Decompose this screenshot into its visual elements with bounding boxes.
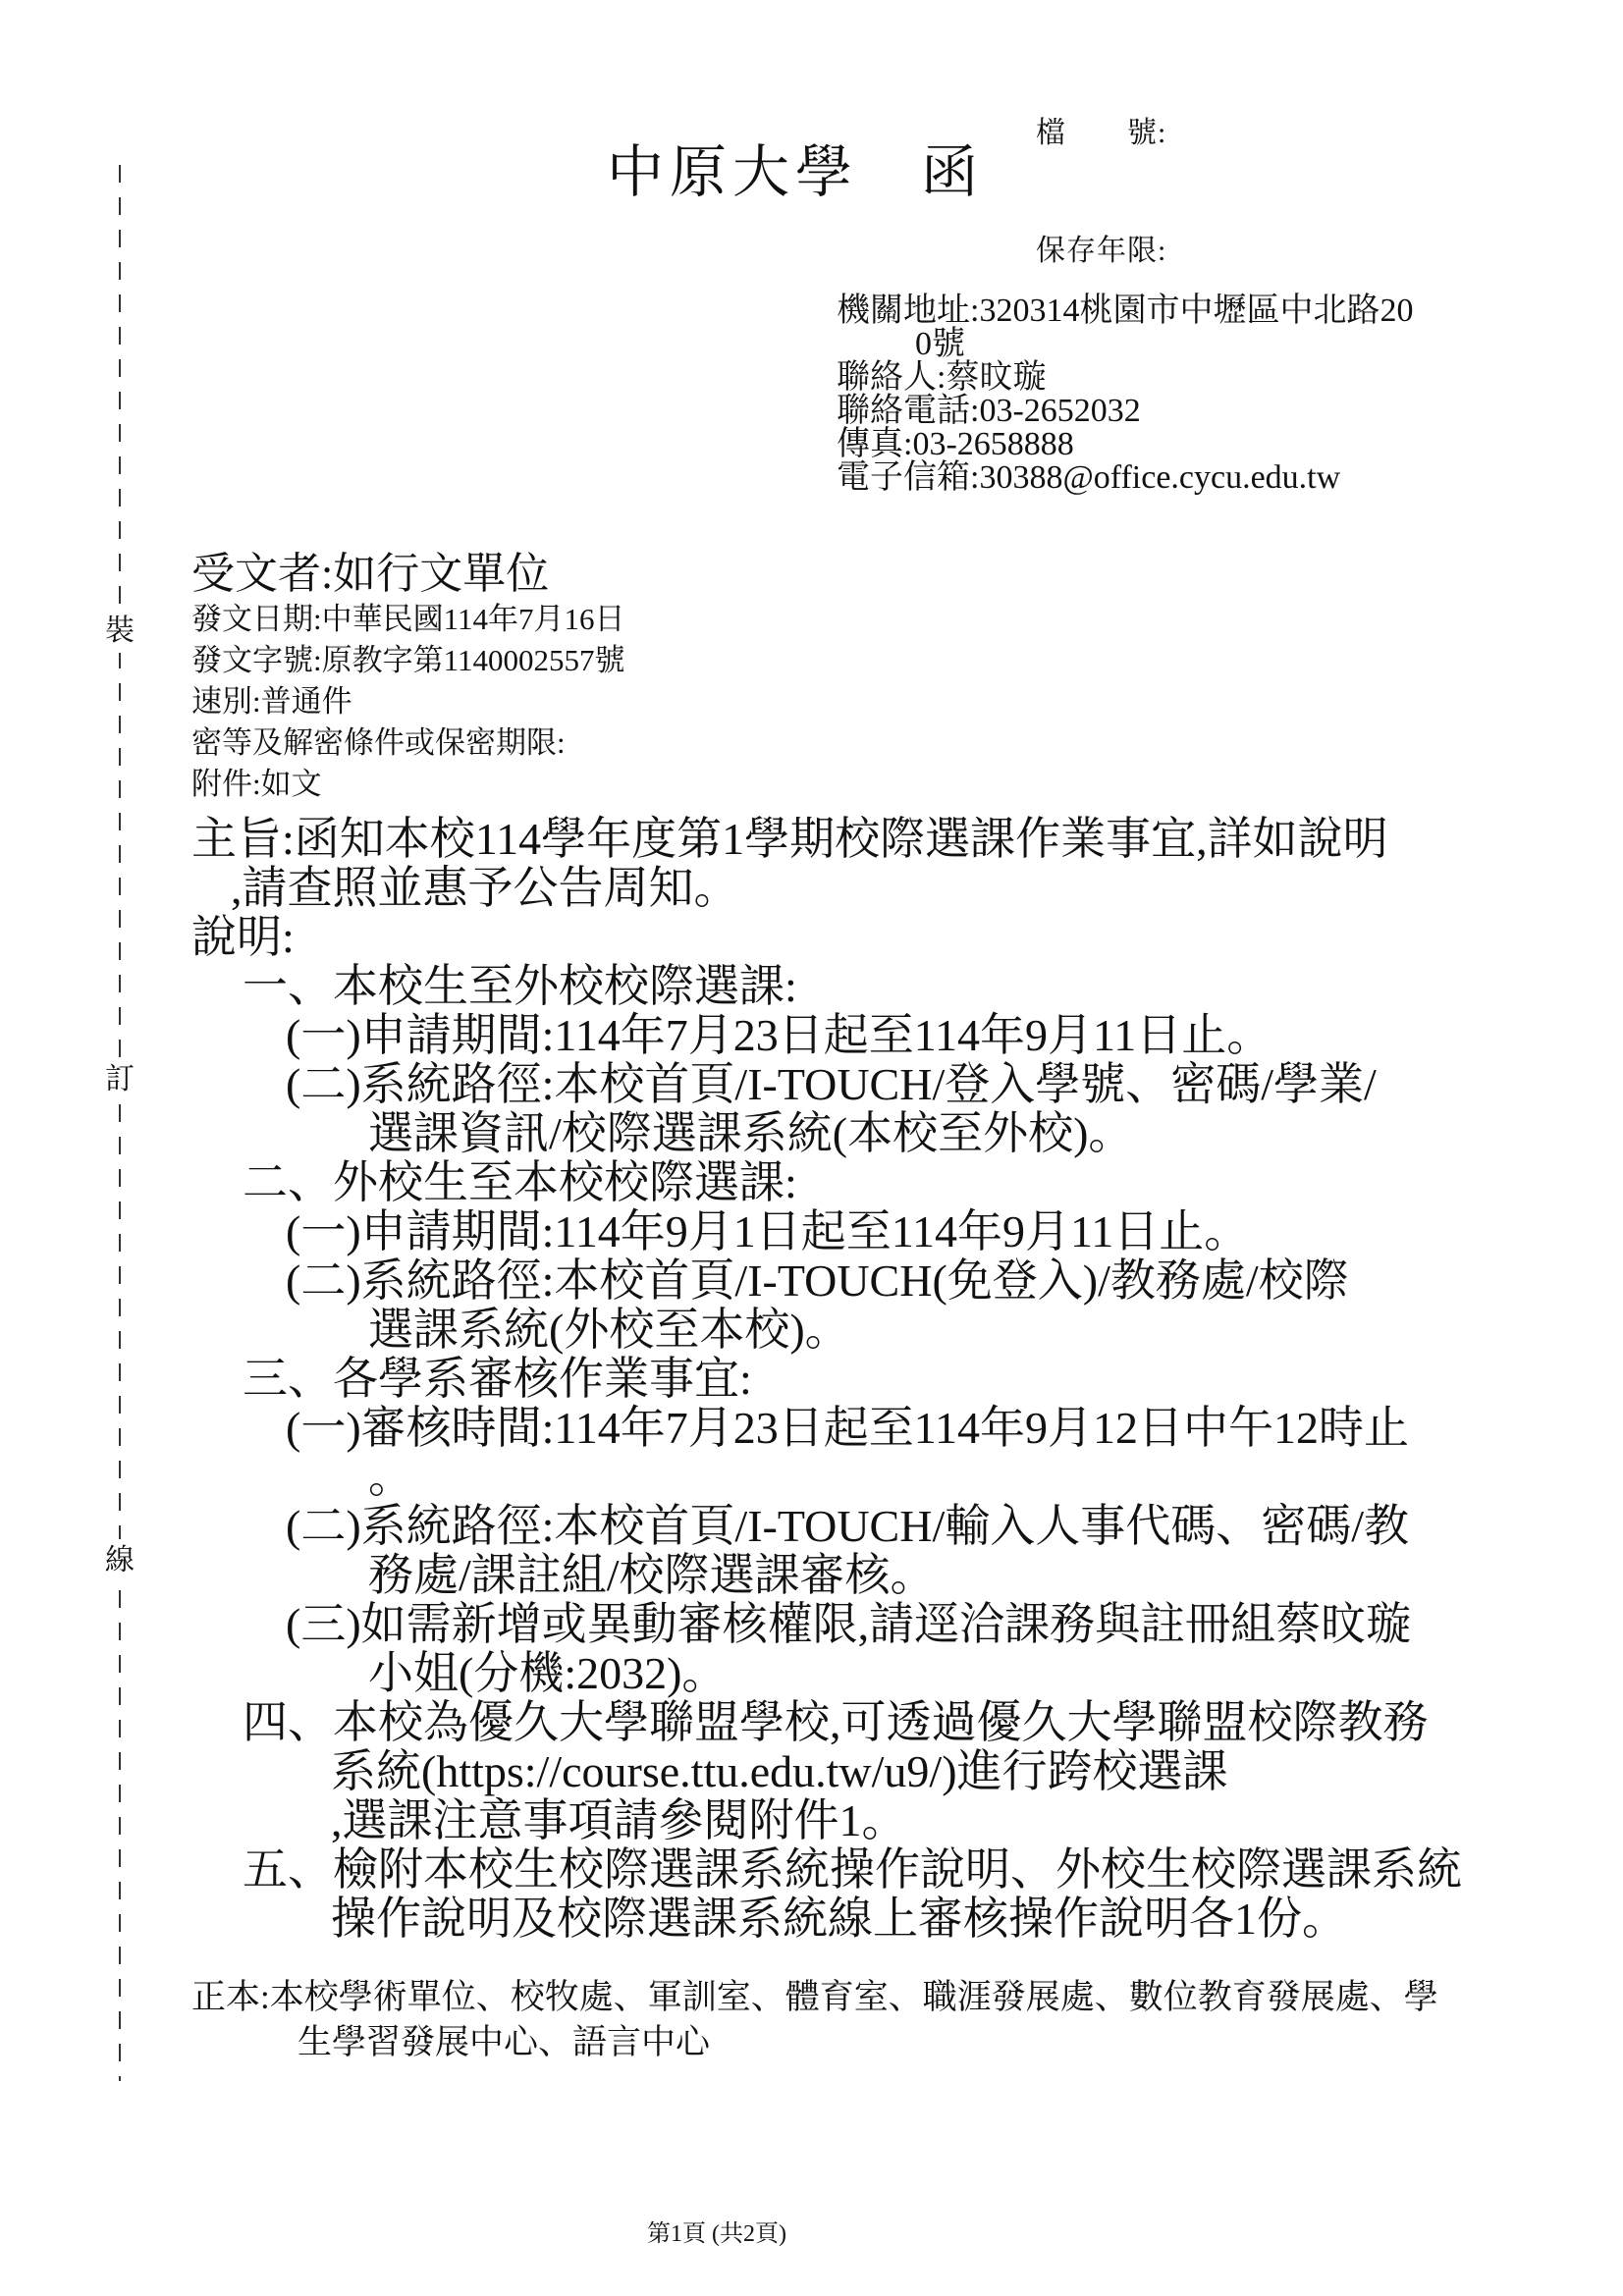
meta-line: 密等及解密條件或保密期限: [191, 722, 624, 764]
body-line: 主旨:函知本校114學年度第1學期校際選課作業事宜,詳如說明 [191, 815, 1462, 864]
binding-dashed-line [119, 165, 121, 2081]
body-line: 系統(https://course.ttu.edu.tw/u9/)進行跨校選課 [331, 1747, 1462, 1796]
meta-line: 速別:普通件 [191, 681, 624, 722]
body-line: (二)系統路徑:本校首頁/I-TOUCH(免登入)/教務處/校際 [286, 1256, 1462, 1306]
body-line: 操作說明及校際選課系統線上審核操作說明各1份。 [331, 1895, 1462, 1944]
copy-to-line: 正本:本校學術單位、校牧處、軍訓室、體育室、職涯發展處、數位教育發展處、學 [191, 1975, 1438, 2020]
body-line: 小姐(分機:2032)。 [368, 1649, 1462, 1698]
body-line: 二、外校生至本校校際選課: [243, 1158, 1462, 1207]
meta-block: 發文日期:中華民國114年7月16日發文字號:原教字第1140002557號速別… [191, 599, 624, 805]
body-line: 選課系統(外校至本校)。 [368, 1306, 1462, 1355]
body-line: (一)申請期間:114年7月23日起至114年9月11日止。 [286, 1011, 1462, 1060]
sender-info-line: 聯絡人:蔡旼璇 [837, 361, 1413, 395]
sender-info-line: 電子信箱:30388@office.cycu.edu.tw [837, 461, 1413, 495]
retention-label: 保存年限: [1036, 232, 1166, 271]
document-title: 中原大學 函 [607, 126, 984, 208]
page-number-footer: 第1頁 (共2頁) [0, 2214, 1434, 2248]
body-line: 三、各學系審核作業事宜: [243, 1355, 1462, 1404]
meta-line: 發文字號:原教字第1140002557號 [191, 640, 624, 681]
body-line: (二)系統路徑:本校首頁/I-TOUCH/輸入人事代碼、密碼/教 [286, 1502, 1462, 1551]
body-line: (一)申請期間:114年9月1日起至114年9月11日止。 [286, 1207, 1462, 1256]
body-block: 主旨:函知本校114學年度第1學期校際選課作業事宜,詳如說明,請查照並惠予公告周… [191, 815, 1462, 1944]
body-line: 一、本校生至外校校際選課: [243, 962, 1462, 1011]
body-line: (一)審核時間:114年7月23日起至114年9月12日中午12時止 [286, 1404, 1462, 1453]
document-page: 檔 號: 保存年限: 中原大學 函 機關地址:320314桃園市中壢區中北路20… [0, 0, 1623, 2296]
meta-line: 附件:如文 [191, 764, 624, 805]
binding-mark-zhuang: 裝 [101, 610, 138, 653]
recipient-line: 受文者:如行文單位 [191, 538, 549, 601]
body-line: 四、本校為優久大學聯盟學校,可透過優久大學聯盟校際教務 [243, 1698, 1462, 1747]
meta-line: 發文日期:中華民國114年7月16日 [191, 599, 624, 640]
binding-mark-ding: 訂 [101, 1058, 138, 1101]
body-line: ,選課注意事項請參閱附件1。 [331, 1796, 1462, 1845]
body-line: 務處/課註組/校際選課審核。 [368, 1551, 1462, 1600]
copy-to-line: 生學習發展中心、語言中心 [298, 2020, 1438, 2065]
body-line: (三)如需新增或異動審核權限,請逕洽課務與註冊組蔡旼璇 [286, 1600, 1462, 1649]
body-line: 選課資訊/校際選課系統(本校至外校)。 [368, 1109, 1462, 1158]
copy-to-block: 正本:本校學術單位、校牧處、軍訓室、體育室、職涯發展處、數位教育發展處、學生學習… [191, 1975, 1438, 2065]
sender-info-line: 0號 [915, 328, 1413, 361]
binding-mark-xian: 線 [101, 1539, 138, 1582]
sender-info-line: 機關地址:320314桃園市中壢區中北路20 [837, 294, 1413, 328]
body-line: ,請查照並惠予公告周知。 [231, 864, 1462, 913]
body-line: (二)系統路徑:本校首頁/I-TOUCH/登入學號、密碼/學業/ [286, 1060, 1462, 1109]
body-line: 說明: [191, 913, 1462, 962]
sender-info-line: 聯絡電話:03-2652032 [837, 395, 1413, 428]
file-number-label: 檔 號: [1036, 114, 1166, 153]
body-line: 五、檢附本校生校際選課系統操作說明、外校生校際選課系統 [243, 1845, 1462, 1895]
sender-info-block: 機關地址:320314桃園市中壢區中北路200號聯絡人:蔡旼璇聯絡電話:03-2… [837, 294, 1413, 495]
body-line: 。 [368, 1453, 1462, 1502]
sender-info-line: 傳真:03-2658888 [837, 428, 1413, 461]
